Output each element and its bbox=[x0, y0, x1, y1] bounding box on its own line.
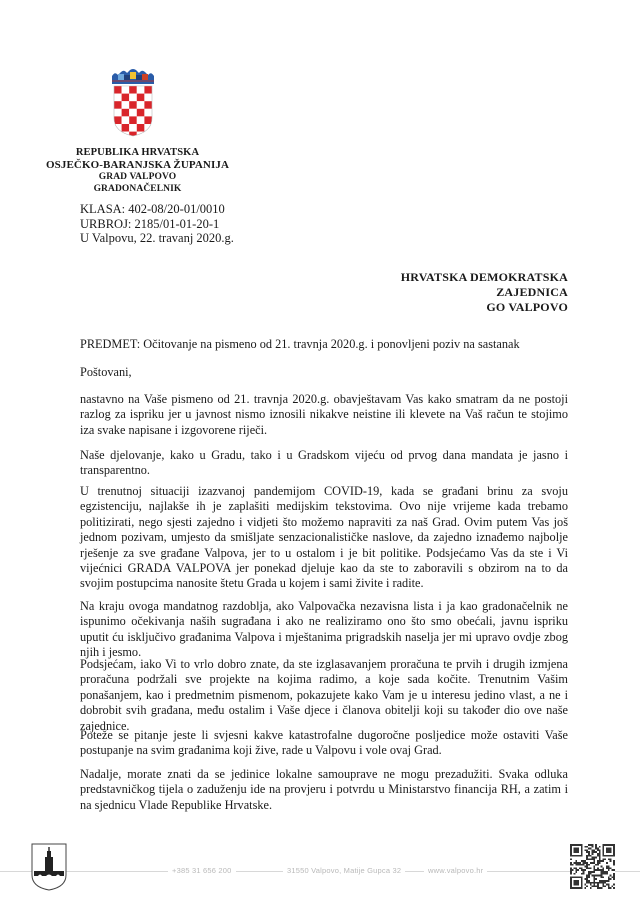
valpovo-coat-of-arms-icon bbox=[31, 843, 67, 891]
footer-website: www.valpovo.hr bbox=[424, 866, 487, 875]
footer-phone: +385 31 656 200 bbox=[168, 866, 236, 875]
letterhead: REPUBLIKA HRVATSKA OSJEČKO-BARANJSKA ŽUP… bbox=[30, 147, 245, 195]
paragraph-6: Poteže se pitanje jeste li svjesni kakve… bbox=[80, 728, 568, 759]
footer-address: 31550 Valpovo, Matije Gupca 32 bbox=[283, 866, 405, 875]
letter-page: REPUBLIKA HRVATSKA OSJEČKO-BARANJSKA ŽUP… bbox=[0, 0, 640, 905]
recipient-block: HRVATSKA DEMOKRATSKA ZAJEDNICA GO VALPOV… bbox=[330, 270, 568, 315]
urbroj: URBROJ: 2185/01-01-20-1 bbox=[80, 217, 234, 232]
place-date: U Valpovu, 22. travanj 2020.g. bbox=[80, 231, 234, 246]
letterhead-city: GRAD VALPOVO bbox=[30, 171, 245, 183]
qr-code-icon bbox=[570, 843, 615, 890]
paragraph-2: Naše djelovanje, kako u Gradu, tako i u … bbox=[80, 448, 568, 479]
paragraph-4: Na kraju ovoga mandatnog razdoblja, ako … bbox=[80, 599, 568, 661]
recipient-name: HRVATSKA DEMOKRATSKA ZAJEDNICA bbox=[330, 270, 568, 300]
letterhead-country: REPUBLIKA HRVATSKA bbox=[30, 147, 245, 159]
croatian-coat-of-arms-icon bbox=[109, 68, 157, 138]
paragraph-7: Nadalje, morate znati da se jedinice lok… bbox=[80, 767, 568, 813]
reference-block: KLASA: 402-08/20-01/0010 URBROJ: 2185/01… bbox=[80, 202, 234, 246]
paragraph-1: nastavno na Vaše pismeno od 21. travnja … bbox=[80, 392, 568, 438]
letterhead-office: GRADONAČELNIK bbox=[30, 183, 245, 195]
salutation: Poštovani, bbox=[80, 365, 568, 380]
recipient-branch: GO VALPOVO bbox=[330, 300, 568, 315]
subject-line: PREDMET: Očitovanje na pismeno od 21. tr… bbox=[80, 337, 568, 352]
letterhead-county: OSJEČKO-BARANJSKA ŽUPANIJA bbox=[30, 159, 245, 171]
paragraph-3: U trenutnoj situaciji izazvanoj pandemij… bbox=[80, 484, 568, 592]
paragraph-5: Podsjećam, iako Vi to vrlo dobro znate, … bbox=[80, 657, 568, 734]
klasa: KLASA: 402-08/20-01/0010 bbox=[80, 202, 234, 217]
